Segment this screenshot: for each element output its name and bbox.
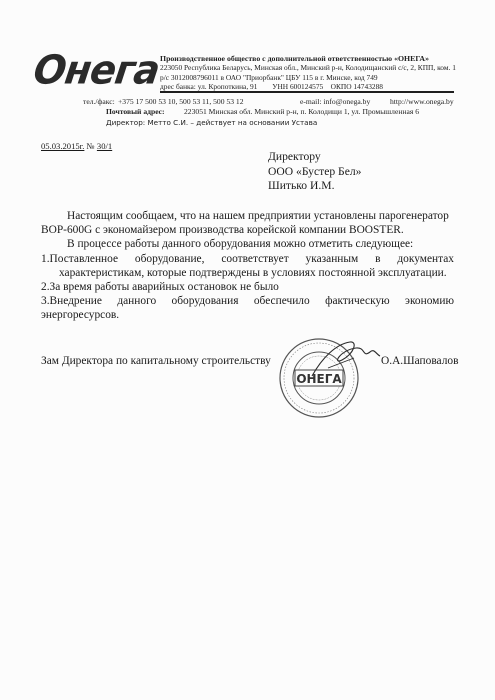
addressee-name: Шитько И.М. — [268, 179, 361, 194]
item-1-line-2: характеристикам, которые подтверждены в … — [41, 266, 454, 280]
addressee-company: ООО «Бустер Бел» — [268, 165, 361, 180]
phone-numbers: +375 17 500 53 10, 500 53 11, 500 53 12 — [118, 97, 244, 107]
postal-label: Почтовый адрес: — [106, 107, 165, 117]
item-3-line-1: 3.Внедрение данного оборудования обеспеч… — [41, 294, 454, 308]
phone-label: тел./факс: — [83, 97, 115, 107]
postal-address: 223051 Минская обл. Минский р-н, п. Коло… — [184, 107, 419, 117]
item-3-line-2: энергоресурсов. — [41, 308, 454, 322]
website-link[interactable]: http://www.onega.by — [390, 97, 454, 107]
bank-address: дрес банка: ул. Кропоткина, 91 — [160, 82, 257, 91]
company-logo: Онега — [31, 47, 162, 93]
okpo: ОКПО 14743288 — [331, 82, 383, 91]
document-page: Онега Производственное общество с дополн… — [0, 0, 495, 700]
bank-details: р/с 3012008796011 в ОАО "Приорбанк" ЦБУ … — [160, 73, 456, 82]
paragraph-1-line-1: Настоящим сообщаем, что на нашем предпри… — [41, 209, 454, 223]
letter-body: Настоящим сообщаем, что на нашем предпри… — [41, 209, 454, 323]
unn: УНН 600124575 — [272, 82, 323, 91]
number-label: № — [87, 141, 95, 151]
organization-name: Производственное общество с дополнительн… — [160, 54, 456, 63]
item-1-line-1: 1.Поставленное оборудование, соответству… — [41, 252, 454, 266]
letter-number: 30/1 — [97, 141, 112, 151]
letterhead-details: Производственное общество с дополнительн… — [160, 54, 456, 92]
item-2: 2.За время работы аварийных остановок не… — [41, 280, 454, 294]
legal-address: 223050 Республика Беларусь, Минская обл.… — [160, 63, 456, 72]
director-line: Директор: Метто С.И. – действует на осно… — [106, 118, 317, 128]
letter-date: 05.03.2015г. — [41, 141, 84, 151]
letter-date-number: 05.03.2015г. № 30/1 — [41, 141, 112, 151]
signature-icon — [310, 338, 390, 378]
addressee-position: Директору — [268, 150, 361, 165]
paragraph-2: В процессе работы данного оборудования м… — [41, 237, 454, 251]
signer-name: О.А.Шаповалов — [381, 355, 458, 367]
addressee-block: Директору ООО «Бустер Бел» Шитько И.М. — [268, 150, 361, 194]
header-divider — [160, 91, 454, 93]
paragraph-1-line-2: BOP-600G с экономайзером производства ко… — [41, 223, 454, 237]
email[interactable]: e-mail: info@onega.by — [300, 97, 370, 107]
